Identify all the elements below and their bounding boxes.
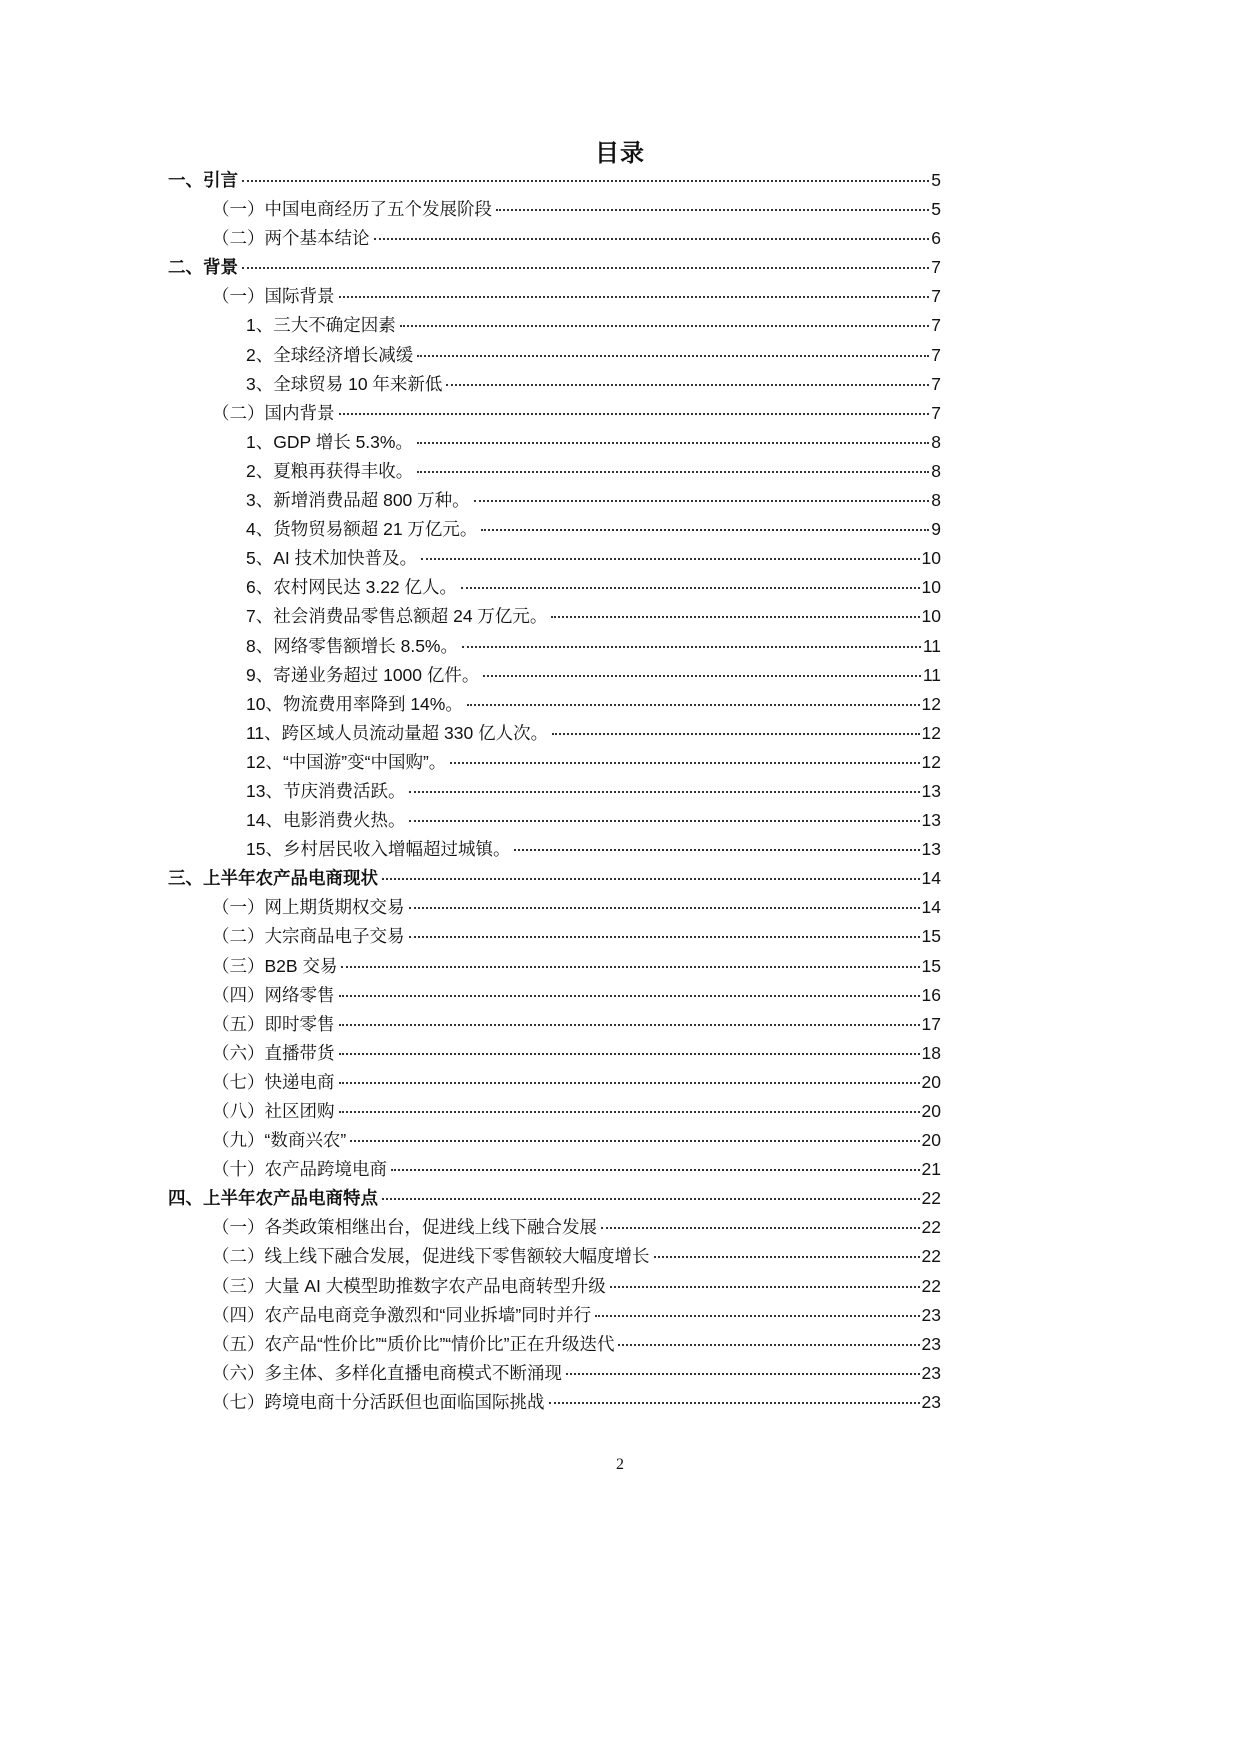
toc-entry-label: 2、全球经济增长减缓 [246,341,413,370]
toc-entry-level-2[interactable]: （五）农产品“性价比”“质价比”“情价比”正在升级迭代23 [168,1330,941,1359]
toc-entry-page: 7 [931,311,941,340]
toc-entry-label: （六）直播带货 [212,1039,335,1068]
toc-entry-label: 四、上半年农产品电商特点 [168,1184,378,1213]
toc-entry-level-2[interactable]: （六）直播带货18 [168,1039,941,1068]
toc-entry-page: 7 [931,370,941,399]
dot-leader [339,1024,920,1026]
toc-entry-level-1[interactable]: 二、背景7 [168,253,941,282]
toc-entry-label: 3、新增消费品超 800 万种。 [246,486,470,515]
dot-leader [461,587,920,589]
toc-entry-level-2[interactable]: （七）快递电商20 [168,1068,941,1097]
toc-entry-label: 6、农村网民达 3.22 亿人。 [246,573,457,602]
dot-leader [382,878,920,880]
toc-entry-label: （一）中国电商经历了五个发展阶段 [212,195,492,224]
toc-entry-label: 12、“中国游”变“中国购”。 [246,748,446,777]
toc-entry-level-2[interactable]: （七）跨境电商十分活跃但也面临国际挑战23 [168,1388,941,1417]
dot-leader [595,1315,919,1317]
toc-entry-page: 13 [922,835,941,864]
dot-leader [339,995,920,997]
toc-entry-level-2[interactable]: （九）“数商兴农”20 [168,1126,941,1155]
dot-leader [341,966,919,968]
toc-entry-page: 8 [931,457,941,486]
page-number: 2 [0,1456,1240,1474]
toc-entry-level-3[interactable]: 1、三大不确定因素7 [168,311,941,340]
toc-entry-label: 9、寄递业务超过 1000 亿件。 [246,661,479,690]
dot-leader [552,733,919,735]
toc-entry-label: （二）线上线下融合发展，促进线下零售额较大幅度增长 [212,1242,650,1271]
dot-leader [654,1256,920,1258]
toc-entry-level-2[interactable]: （二）两个基本结论6 [168,224,941,253]
dot-leader [601,1227,920,1229]
toc-entry-label: 4、货物贸易额超 21 万亿元。 [246,515,477,544]
dot-leader [409,907,920,909]
toc-entry-label: （六）多主体、多样化直播电商模式不断涌现 [212,1359,562,1388]
dot-leader [618,1344,919,1346]
toc-entry-label: 3、全球贸易 10 年来新低 [246,370,442,399]
toc-entry-label: （九）“数商兴农” [212,1126,346,1155]
toc-entry-label: 11、跨区域人员流动量超 330 亿人次。 [246,719,548,748]
toc-entry-label: （三）B2B 交易 [212,952,337,981]
toc-entry-page: 15 [922,922,941,951]
toc-entry-page: 7 [931,341,941,370]
toc-entry-label: （二）国内背景 [212,399,335,428]
toc-entry-label: （十）农产品跨境电商 [212,1155,387,1184]
dot-leader [446,384,929,386]
toc-entry-label: （一）各类政策相继出台，促进线上线下融合发展 [212,1213,597,1242]
toc-entry-level-3[interactable]: 9、寄递业务超过 1000 亿件。11 [168,661,941,690]
toc-entry-level-3[interactable]: 2、夏粮再获得丰收。8 [168,457,941,486]
toc-entry-page: 23 [922,1388,941,1417]
dot-leader [409,791,919,793]
toc-entry-page: 20 [922,1097,941,1126]
toc-entry-level-3[interactable]: 5、AI 技术加快普及。10 [168,544,941,573]
toc-entry-page: 14 [922,864,941,893]
toc-title: 目录 [0,133,1240,168]
toc-entry-label: 2、夏粮再获得丰收。 [246,457,413,486]
dot-leader [551,616,919,618]
dot-leader [462,646,921,648]
toc-entry-page: 13 [922,806,941,835]
toc-entry-label: 13、节庆消费活跃。 [246,777,405,806]
toc-entry-page: 15 [922,952,941,981]
dot-leader [350,1140,919,1142]
toc-entry-page: 5 [931,195,941,224]
toc-entry-level-3[interactable]: 12、“中国游”变“中国购”。12 [168,748,941,777]
dot-leader [417,442,929,444]
toc-entry-level-3[interactable]: 10、物流费用率降到 14%。12 [168,690,941,719]
dot-leader [417,355,929,357]
dot-leader [421,558,919,560]
toc-entry-page: 7 [931,253,941,282]
toc-entry-level-2[interactable]: （二）国内背景7 [168,399,941,428]
toc-entry-label: （七）跨境电商十分活跃但也面临国际挑战 [212,1388,545,1417]
dot-leader [382,1198,920,1200]
toc-entry-level-2[interactable]: （四）农产品电商竞争激烈和“同业拆墙”同时并行23 [168,1301,941,1330]
toc-entry-level-2[interactable]: （十）农产品跨境电商21 [168,1155,941,1184]
toc-entry-level-1[interactable]: 四、上半年农产品电商特点22 [168,1184,941,1213]
dot-leader [374,238,930,240]
toc-entry-level-3[interactable]: 3、新增消费品超 800 万种。8 [168,486,941,515]
toc-entry-page: 16 [922,981,941,1010]
toc-entry-level-3[interactable]: 4、货物贸易额超 21 万亿元。9 [168,515,941,544]
toc-entry-level-3[interactable]: 13、节庆消费活跃。13 [168,777,941,806]
dot-leader [549,1402,920,1404]
toc-entry-level-2[interactable]: （一）各类政策相继出台，促进线上线下融合发展22 [168,1213,941,1242]
toc-entry-level-3[interactable]: 8、网络零售额增长 8.5%。11 [168,632,941,661]
document-page: 目录 一、引言5（一）中国电商经历了五个发展阶段5（二）两个基本结论6二、背景7… [0,0,1240,1754]
dot-leader [391,1169,920,1171]
toc-entry-label: （五）农产品“性价比”“质价比”“情价比”正在升级迭代 [212,1330,614,1359]
toc-entry-label: 15、乡村居民收入增幅超过城镇。 [246,835,510,864]
toc-entry-page: 20 [922,1068,941,1097]
toc-entry-label: 1、三大不确定因素 [246,311,396,340]
toc-entry-level-1[interactable]: 三、上半年农产品电商现状14 [168,864,941,893]
toc-entry-level-2[interactable]: （八）社区团购20 [168,1097,941,1126]
toc-entry-level-3[interactable]: 11、跨区域人员流动量超 330 亿人次。12 [168,719,941,748]
toc-entry-level-2[interactable]: （二）大宗商品电子交易15 [168,922,941,951]
toc-entry-page: 12 [922,719,941,748]
toc-entry-level-3[interactable]: 7、社会消费品零售总额超 24 万亿元。10 [168,602,941,631]
toc-entry-level-2[interactable]: （六）多主体、多样化直播电商模式不断涌现23 [168,1359,941,1388]
dot-leader [339,1082,920,1084]
toc-entry-label: （五）即时零售 [212,1010,335,1039]
toc-entry-page: 20 [922,1126,941,1155]
dot-leader [242,180,929,182]
toc-entry-level-2[interactable]: （五）即时零售17 [168,1010,941,1039]
toc-entry-level-2[interactable]: （三）B2B 交易15 [168,952,941,981]
toc-entry-level-3[interactable]: 1、GDP 增长 5.3%。8 [168,428,941,457]
toc-entry-label: （一）网上期货期权交易 [212,893,405,922]
dot-leader [566,1373,920,1375]
dot-leader [409,936,920,938]
dot-leader [483,675,920,677]
toc-entry-page: 8 [931,428,941,457]
toc-entry-page: 21 [922,1155,941,1184]
toc-entry-label: （三）大量 AI 大模型助推数字农产品电商转型升级 [212,1272,606,1301]
dot-leader [400,325,930,327]
toc-entry-level-2[interactable]: （一）中国电商经历了五个发展阶段5 [168,195,941,224]
dot-leader [610,1286,920,1288]
toc-entry-page: 7 [931,399,941,428]
toc-entry-level-2[interactable]: （一）网上期货期权交易14 [168,893,941,922]
toc-entry-level-2[interactable]: （二）线上线下融合发展，促进线下零售额较大幅度增长22 [168,1242,941,1271]
dot-leader [467,704,920,706]
toc-entry-label: （四）农产品电商竞争激烈和“同业拆墙”同时并行 [212,1301,591,1330]
toc-entry-label: （一）国际背景 [212,282,335,311]
toc-entry-label: （八）社区团购 [212,1097,335,1126]
toc-entry-page: 12 [922,748,941,777]
toc-entry-label: 1、GDP 增长 5.3%。 [246,428,413,457]
dot-leader [417,471,929,473]
toc-entry-page: 22 [922,1272,941,1301]
toc-entry-label: 10、物流费用率降到 14%。 [246,690,463,719]
toc-entry-page: 9 [931,515,941,544]
table-of-contents: 一、引言5（一）中国电商经历了五个发展阶段5（二）两个基本结论6二、背景7（一）… [168,166,941,1417]
toc-entry-page: 11 [923,632,941,661]
toc-entry-page: 10 [922,573,941,602]
toc-entry-label: （二）两个基本结论 [212,224,370,253]
toc-entry-page: 18 [922,1039,941,1068]
toc-entry-level-3[interactable]: 6、农村网民达 3.22 亿人。10 [168,573,941,602]
toc-entry-label: （四）网络零售 [212,981,335,1010]
toc-entry-page: 13 [922,777,941,806]
toc-entry-page: 23 [922,1330,941,1359]
dot-leader [339,1111,920,1113]
toc-entry-page: 22 [922,1242,941,1271]
toc-entry-label: 8、网络零售额增长 8.5%。 [246,632,458,661]
dot-leader [481,529,929,531]
dot-leader [450,762,919,764]
toc-entry-page: 6 [931,224,941,253]
toc-entry-page: 14 [922,893,941,922]
toc-entry-page: 7 [931,282,941,311]
toc-entry-page: 11 [923,661,941,690]
dot-leader [242,267,929,269]
toc-entry-level-2[interactable]: （三）大量 AI 大模型助推数字农产品电商转型升级22 [168,1272,941,1301]
toc-entry-level-1[interactable]: 一、引言5 [168,166,941,195]
toc-entry-label: （二）大宗商品电子交易 [212,922,405,951]
toc-entry-label: 三、上半年农产品电商现状 [168,864,378,893]
toc-entry-page: 5 [931,166,941,195]
toc-entry-page: 10 [922,544,941,573]
toc-entry-level-3[interactable]: 14、电影消费火热。13 [168,806,941,835]
toc-entry-level-3[interactable]: 15、乡村居民收入增幅超过城镇。13 [168,835,941,864]
dot-leader [339,1053,920,1055]
toc-entry-page: 10 [922,602,941,631]
toc-entry-label: 二、背景 [168,253,238,282]
dot-leader [339,296,930,298]
toc-entry-page: 22 [922,1213,941,1242]
dot-leader [514,849,919,851]
toc-entry-page: 17 [922,1010,941,1039]
dot-leader [496,209,929,211]
toc-entry-page: 8 [931,486,941,515]
toc-entry-label: 5、AI 技术加快普及。 [246,544,417,573]
toc-entry-page: 23 [922,1359,941,1388]
toc-entry-page: 22 [922,1184,941,1213]
dot-leader [409,820,919,822]
toc-entry-label: 14、电影消费火热。 [246,806,405,835]
toc-entry-page: 12 [922,690,941,719]
dot-leader [474,500,930,502]
toc-entry-level-2[interactable]: （四）网络零售16 [168,981,941,1010]
toc-entry-label: （七）快递电商 [212,1068,335,1097]
toc-entry-level-3[interactable]: 3、全球贸易 10 年来新低7 [168,370,941,399]
toc-entry-level-3[interactable]: 2、全球经济增长减缓7 [168,341,941,370]
dot-leader [339,413,930,415]
toc-entry-label: 一、引言 [168,166,238,195]
toc-entry-page: 23 [922,1301,941,1330]
toc-entry-level-2[interactable]: （一）国际背景7 [168,282,941,311]
toc-entry-label: 7、社会消费品零售总额超 24 万亿元。 [246,602,547,631]
